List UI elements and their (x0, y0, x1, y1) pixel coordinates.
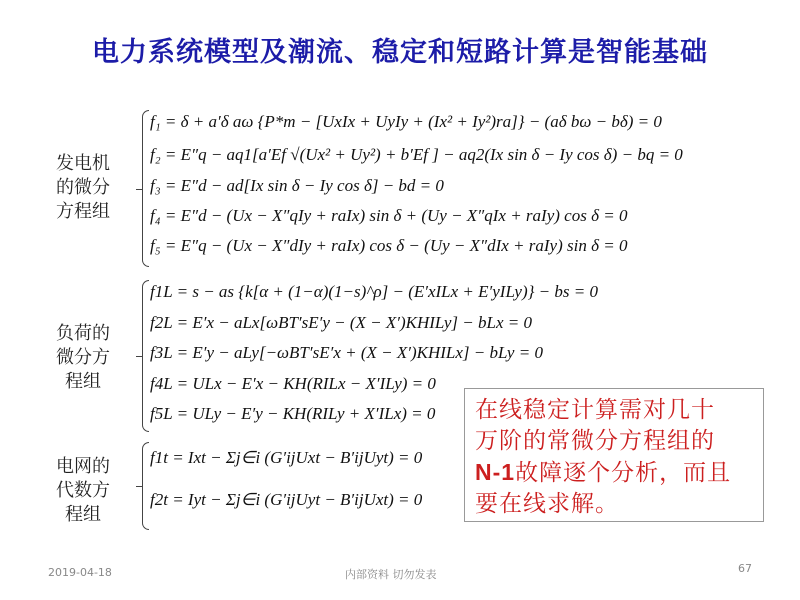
equation-f2t: f2t = Iyt − Σj∈i (G′ijUyt − B′ijUxt) = 0 (150, 490, 422, 510)
equation-f2L: f2L = E′x − aLx[ωBT′sE′y − (X − X′)KHILy… (150, 313, 532, 333)
label-network: 电网的 代数方 程组 (38, 455, 128, 527)
equation-f4L: f4L = ULx − E′x − KH(RILx − X′ILy) = 0 (150, 374, 436, 394)
brace-network (142, 442, 149, 530)
equation-f2: f₂ = E″q − aq1[a′Ef √(Ux² + Uy²) + b′Ef … (150, 145, 683, 165)
equation-f1L: f1L = s − as {k[α + (1−α)(1−s)^ρ] − (E′x… (150, 282, 598, 302)
equation-f4: f₄ = E″d − (Ux − X″qIy + raIx) sin δ + (… (150, 206, 627, 226)
callout-line-3: N-1故障逐个分析，而且 (475, 457, 753, 489)
footer-page-number: 67 (738, 562, 752, 575)
brace-load (142, 280, 149, 432)
equation-f1t: f1t = Ixt − Σj∈i (G′ijUxt − B′ijUyt) = 0 (150, 448, 422, 468)
equation-f5: f₅ = E″q − (Ux − X″dIy + raIx) cos δ − (… (150, 236, 627, 256)
footer-notice: 内部资料 切勿发表 (345, 566, 437, 582)
footer-date: 2019-04-18 (48, 566, 112, 579)
equation-f3L: f3L = E′y − aLy[−ωBT′sE′x + (X − X′)KHIL… (150, 343, 543, 363)
label-generator: 发电机 的微分 方程组 (38, 152, 128, 224)
equation-f3: f₃ = E″d − ad[Ix sin δ − Iy cos δ] − bd … (150, 176, 444, 196)
equation-f5L: f5L = ULy − E′y − KH(RILy + X′ILx) = 0 (150, 404, 435, 424)
slide-title: 电力系统模型及潮流、稳定和短路计算是智能基础 (0, 30, 800, 69)
equation-f1: f₁ = δ + a′δ aω {P*m − [UxIx + UyIy + (I… (150, 112, 662, 132)
brace-generator (142, 110, 149, 267)
label-load: 负荷的 微分方 程组 (38, 322, 128, 394)
callout-box: 在线稳定计算需对几十 万阶的常微分方程组的 N-1故障逐个分析，而且 要在线求解… (464, 388, 764, 522)
